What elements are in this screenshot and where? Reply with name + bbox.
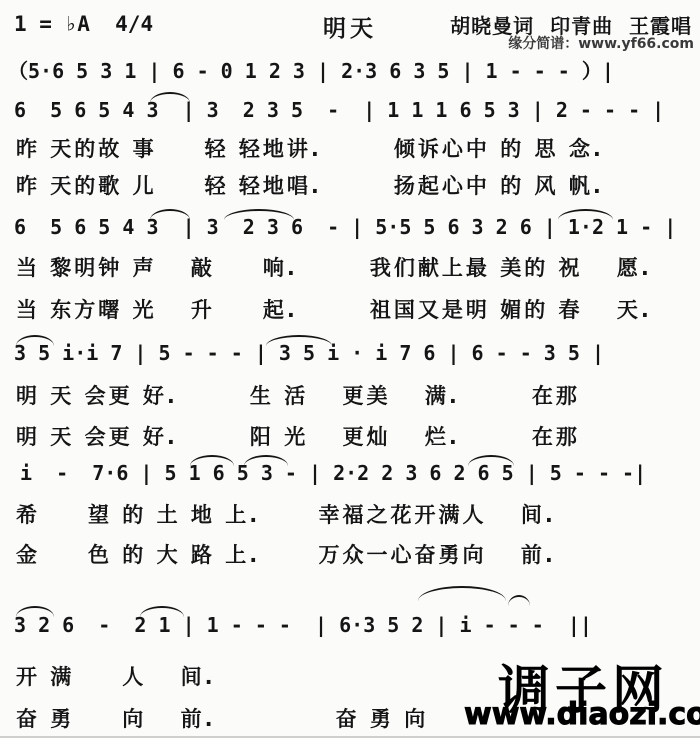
watermark-site-url: www.diaozi.com (464, 697, 700, 732)
slur-arc (266, 335, 332, 346)
slur-arc (150, 209, 190, 220)
lyric-line-5a: 开 满 人 间. (16, 664, 216, 690)
lyric-line-4a: 希 望 的 土 地 上. 幸福之花开满人 间. (16, 502, 556, 528)
lyric-line-1a: 昨 天的故 事 轻 轻地讲. 倾诉心中 的 思 念. (16, 136, 604, 162)
notation-line-5: 3 2 6 - 2 1 | 1 - - - | 6·3 5 2 | i - - … (14, 612, 592, 638)
slur-arc (150, 92, 190, 103)
slur-arc (224, 209, 294, 220)
slur-arc (468, 455, 514, 466)
slur-arc (16, 606, 54, 617)
slur-arc (190, 455, 234, 466)
slur-arc (508, 595, 530, 606)
notation-line-intro: （5·6 5 3 1 | 6 - 0 1 2 3 | 2·3 6 3 5 | 1… (8, 58, 614, 84)
slur-arc (558, 209, 613, 220)
lyric-line-1b: 昨 天的歌 儿 轻 轻地唱. 扬起心中 的 风 帆. (16, 173, 604, 199)
lyric-line-2a: 当 黎明钟 声 敲 响. 我们献上最 美的 祝 愿. (16, 255, 652, 281)
lyric-line-3a: 明 天 会更 好. 生 活 更美 满. 在那 (16, 383, 580, 409)
slur-arc (418, 586, 506, 601)
slur-arc (244, 455, 288, 466)
lyric-line-4b: 金 色 的 大 路 上. 万众一心奋勇向 前. (16, 542, 556, 568)
lyric-line-2b: 当 东方曙 光 升 起. 祖国又是明 媚的 春 天. (16, 297, 652, 323)
slur-arc (140, 606, 184, 617)
slur-arc (16, 335, 54, 346)
lyric-line-3b: 明 天 会更 好. 阳 光 更灿 烂. 在那 (16, 424, 580, 450)
jianpu-sheet: 1 = ♭A 4/4 明天 胡晓曼词 印青曲 王霞唱 缘分简谱：www.yf66… (0, 0, 700, 738)
lyric-line-5b: 奋 勇 向 前. 奋 勇 向 (16, 706, 428, 732)
notation-line-4: i - 7·6 | 5 1 6 5 3 - | 2·2 2 3 6 2 6 5 … (20, 460, 646, 486)
watermark-top: 缘分简谱：www.yf66.com (508, 33, 694, 53)
notation-line-1: 6 5 6 5 4 3 | 3 2 3 5 - | 1 1 1 6 5 3 | … (14, 97, 664, 123)
